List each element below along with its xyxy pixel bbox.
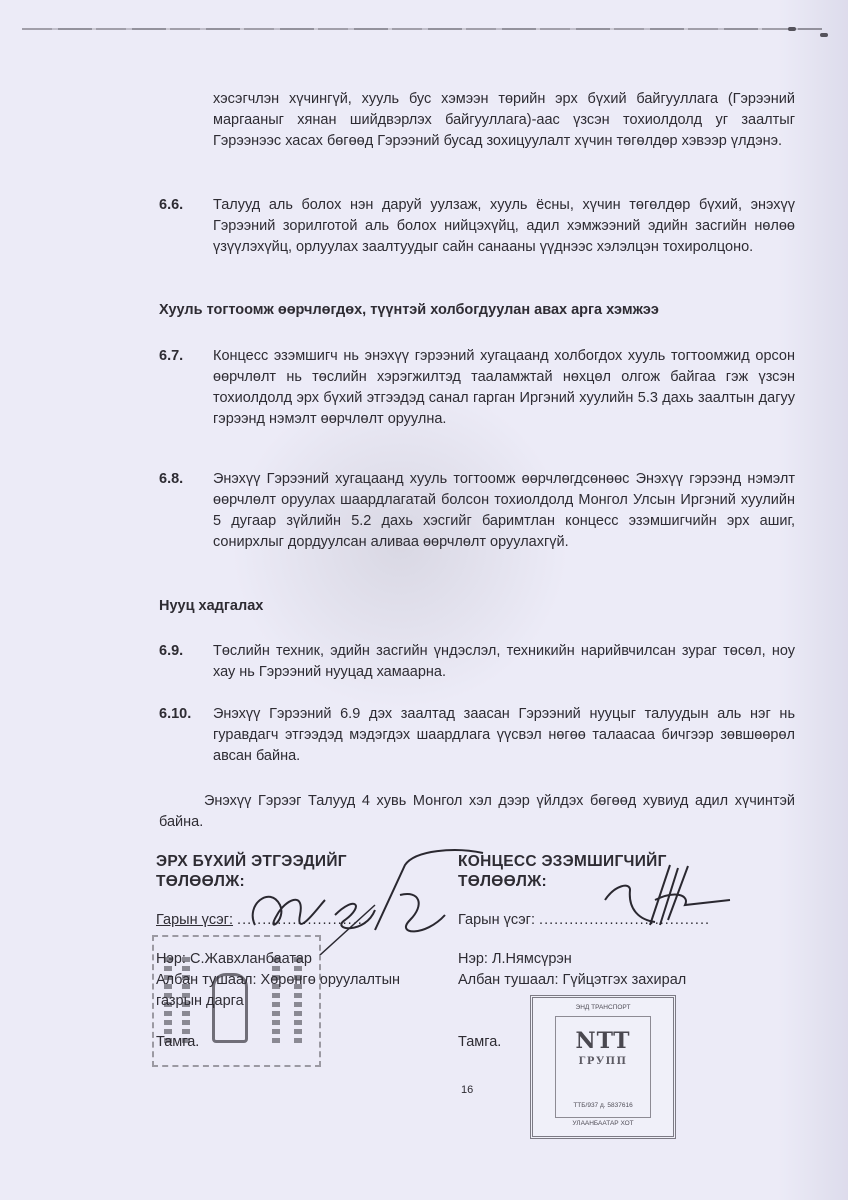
closing-statement: Энэхүү Гэрээг Талууд 4 хувь Монгол хэл д… bbox=[159, 791, 795, 833]
signatory-position: Албан тушаал: Гүйцэтгэх захирал bbox=[458, 970, 758, 991]
signature-line: Гарын үсэг: ............................… bbox=[458, 910, 758, 931]
section-heading-law-changes: Хууль тогтоомж өөрчлөгдөх, түүнтэй холбо… bbox=[159, 302, 659, 318]
stamp-reg-text: ТТБ/937 д. 5837616 bbox=[533, 1102, 673, 1109]
clause-number: 6.9. bbox=[159, 641, 213, 683]
signatory-position-2: газрын дарга bbox=[156, 991, 456, 1012]
signature-dots: .................................. bbox=[539, 912, 710, 928]
clause-text: Концесс эзэмшигч нь энэхүү гэрээний хуга… bbox=[213, 346, 795, 430]
signature-dots: .......................... bbox=[237, 912, 368, 928]
scan-mark bbox=[788, 27, 796, 31]
stamp-brand: NTT bbox=[533, 1028, 673, 1054]
page-number: 16 bbox=[461, 1084, 473, 1096]
signature-line: Гарын үсэг: .......................... bbox=[156, 910, 456, 931]
seal-label: Тамга. bbox=[156, 1032, 456, 1053]
clause-6-7: 6.7. Концесс эзэмшигч нь энэхүү гэрээний… bbox=[159, 346, 795, 430]
signatory-name: Нэр: С.Жавхланбаатар bbox=[156, 949, 456, 970]
paragraph-continuation: хэсэгчлэн хүчингүй, хууль бус хэмээн төр… bbox=[213, 89, 795, 152]
signatory-title-2: ТӨЛӨӨЛЖ: bbox=[458, 872, 758, 892]
stamp-top-text: ЭНД ТРАНСПОРТ bbox=[533, 1004, 673, 1011]
signatory-title: КОНЦЕСС ЭЗЭМШИГЧИЙГ bbox=[458, 852, 758, 872]
signatory-name: Нэр: Л.Нямсүрэн bbox=[458, 949, 758, 970]
clause-text: Төслийн техник, эдийн засгийн үндэслэл, … bbox=[213, 641, 795, 683]
page-edge-shadow bbox=[778, 0, 848, 1200]
scan-top-rule bbox=[22, 28, 822, 30]
clause-6-9: 6.9. Төслийн техник, эдийн засгийн үндэс… bbox=[159, 641, 795, 683]
clause-6-8: 6.8. Энэхүү Гэрээний хугацаанд хууль тог… bbox=[159, 469, 795, 553]
signature-block-authority: ЭРХ БҮХИЙ ЭТГЭЭДИЙГ ТӨЛӨӨЛЖ: Гарын үсэг:… bbox=[156, 852, 456, 1053]
clause-number: 6.10. bbox=[159, 704, 213, 767]
signature-label: Гарын үсэг: bbox=[156, 912, 233, 928]
stamp-sub: ГРУПП bbox=[533, 1056, 673, 1067]
clause-text: Энэхүү Гэрээний 6.9 дэх заалтад заасан Г… bbox=[213, 704, 795, 767]
clause-number: 6.7. bbox=[159, 346, 213, 430]
clause-text: Энэхүү Гэрээний хугацаанд хууль тогтоомж… bbox=[213, 469, 795, 553]
section-heading-confidentiality: Нууц хадгалах bbox=[159, 598, 263, 614]
clause-6-6: 6.6. Талууд аль болох нэн даруй уулзаж, … bbox=[159, 195, 795, 258]
clause-number: 6.6. bbox=[159, 195, 213, 258]
scan-mark bbox=[820, 33, 828, 37]
clause-number: 6.8. bbox=[159, 469, 213, 553]
clause-6-10: 6.10. Энэхүү Гэрээний 6.9 дэх заалтад за… bbox=[159, 704, 795, 767]
company-stamp-ntt: ЭНД ТРАНСПОРТ NTT ГРУПП ТТБ/937 д. 58376… bbox=[530, 995, 676, 1139]
signatory-title: ЭРХ БҮХИЙ ЭТГЭЭДИЙГ bbox=[156, 852, 456, 872]
signatory-position: Албан тушаал: Хөрөнгө оруулалтын bbox=[156, 970, 456, 991]
stamp-bottom-text: УЛААНБААТАР ХОТ bbox=[533, 1120, 673, 1127]
clause-text: Талууд аль болох нэн даруй уулзаж, хууль… bbox=[213, 195, 795, 258]
signatory-title-2: ТӨЛӨӨЛЖ: bbox=[156, 872, 456, 892]
signature-label: Гарын үсэг: bbox=[458, 912, 535, 928]
